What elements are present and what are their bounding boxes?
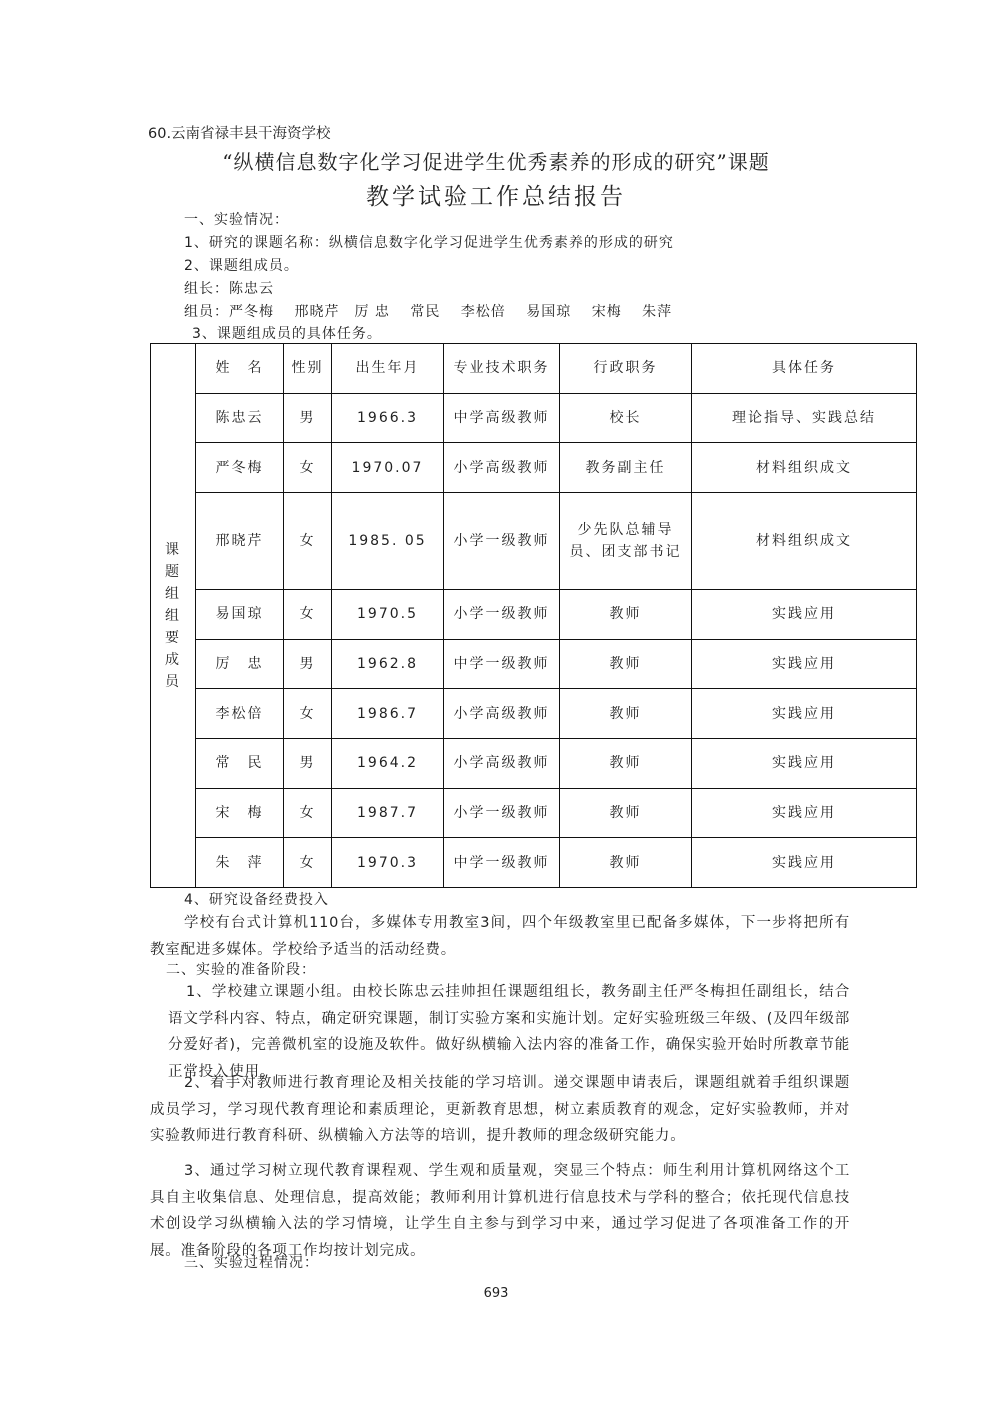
cell-task: 实践应用: [692, 838, 917, 888]
cell-name: 朱 萍: [196, 838, 284, 888]
cell-title: 小学一级教师: [444, 788, 560, 838]
section1-heading: 一、实验情况：: [184, 210, 289, 230]
cell-admin: 教师: [560, 738, 692, 788]
cell-title: 中学一级教师: [444, 838, 560, 888]
cell-birth: 1987.7: [332, 788, 444, 838]
cell-birth: 1966.3: [332, 393, 444, 443]
cell-admin: 教师: [560, 689, 692, 739]
cell-name: 常 民: [196, 738, 284, 788]
cell-gender: 女: [284, 590, 332, 640]
group-members: 组员：严冬梅 邢晓芹 厉 忠 常民 李松倍 易国琼 宋梅 朱萍: [184, 302, 672, 322]
cell-name: 李松倍: [196, 689, 284, 739]
side-char: 员: [155, 671, 191, 693]
cell-birth: 1970.5: [332, 590, 444, 640]
school-label: 60.云南省禄丰县干海资学校: [148, 122, 331, 143]
report-title-line1: “纵横信息数字化学习促进学生优秀素养的形成的研究”课题: [0, 146, 992, 175]
table-row: 严冬梅 女 1970.07 小学高级教师 教务副主任 材料组织成文: [151, 443, 917, 493]
side-char: 组: [155, 605, 191, 627]
cell-name: 易国琼: [196, 590, 284, 640]
table-row: 常 民 男 1964.2 小学高级教师 教师 实践应用: [151, 738, 917, 788]
members-heading: 2、课题组成员。: [184, 256, 299, 276]
cell-name: 邢晓芹: [196, 492, 284, 589]
cell-birth: 1986.7: [332, 689, 444, 739]
header-birth: 出生年月: [332, 344, 444, 394]
header-task: 具体任务: [692, 344, 917, 394]
section2-heading: 二、实验的准备阶段：: [166, 960, 316, 980]
cell-admin: 教师: [560, 590, 692, 640]
cell-gender: 男: [284, 393, 332, 443]
section3-heading: 三、实验过程情况：: [184, 1253, 319, 1273]
side-char: 成: [155, 649, 191, 671]
side-char: 组: [155, 583, 191, 605]
table-row: 宋 梅 女 1987.7 小学一级教师 教师 实践应用: [151, 788, 917, 838]
cell-admin: 教师: [560, 788, 692, 838]
cell-admin: 教务副主任: [560, 443, 692, 493]
members-table: 课 题 组 组 要 成 员 姓 名 性别 出生年月 专业技术职务 行政职务 具体…: [150, 343, 917, 888]
cell-gender: 男: [284, 639, 332, 689]
cell-task: 实践应用: [692, 590, 917, 640]
table-row: 陈忠云 男 1966.3 中学高级教师 校长 理论指导、实践总结: [151, 393, 917, 443]
cell-name: 陈忠云: [196, 393, 284, 443]
cell-name: 严冬梅: [196, 443, 284, 493]
cell-title: 小学高级教师: [444, 738, 560, 788]
side-char: 题: [155, 561, 191, 583]
cell-task: 实践应用: [692, 689, 917, 739]
cell-name: 宋 梅: [196, 788, 284, 838]
cell-birth: 1970.07: [332, 443, 444, 493]
cell-title: 小学一级教师: [444, 590, 560, 640]
side-char: 要: [155, 627, 191, 649]
table-row: 厉 忠 男 1962.8 中学一级教师 教师 实践应用: [151, 639, 917, 689]
cell-birth: 1970.3: [332, 838, 444, 888]
cell-gender: 女: [284, 788, 332, 838]
report-title-line2: 教学试验工作总结报告: [0, 178, 992, 211]
header-gender: 性别: [284, 344, 332, 394]
cell-gender: 女: [284, 443, 332, 493]
equipment-paragraph: 学校有台式计算机110台，多媒体专用教室3间，四个年级教室里已配备多媒体，下一步…: [150, 910, 850, 963]
cell-admin: 少先队总辅导员、团支部书记: [560, 492, 692, 589]
equipment-heading: 4、研究设备经费投入: [184, 890, 329, 910]
topic-name: 1、研究的课题名称：纵横信息数字化学习促进学生优秀素养的形成的研究: [184, 233, 674, 253]
cell-task: 材料组织成文: [692, 443, 917, 493]
cell-gender: 男: [284, 738, 332, 788]
cell-task: 实践应用: [692, 738, 917, 788]
cell-name: 厉 忠: [196, 639, 284, 689]
cell-title: 小学高级教师: [444, 443, 560, 493]
cell-birth: 1964.2: [332, 738, 444, 788]
cell-title: 中学高级教师: [444, 393, 560, 443]
prep-paragraph-2: 2、着手对教师进行教育理论及相关技能的学习培训。递交课题申请表后，课题组就着手组…: [150, 1070, 850, 1150]
tasks-heading: 3、课题组成员的具体任务。: [192, 324, 382, 344]
side-label-cell: 课 题 组 组 要 成 员: [151, 344, 196, 888]
group-leader: 组长：陈忠云: [184, 279, 274, 299]
cell-admin: 教师: [560, 639, 692, 689]
cell-title: 小学高级教师: [444, 689, 560, 739]
cell-task: 材料组织成文: [692, 492, 917, 589]
cell-gender: 女: [284, 838, 332, 888]
page-number: 693: [0, 1286, 992, 1301]
table-header-row: 课 题 组 组 要 成 员 姓 名 性别 出生年月 专业技术职务 行政职务 具体…: [151, 344, 917, 394]
cell-task: 实践应用: [692, 788, 917, 838]
header-admin: 行政职务: [560, 344, 692, 394]
header-title: 专业技术职务: [444, 344, 560, 394]
table-row: 李松倍 女 1986.7 小学高级教师 教师 实践应用: [151, 689, 917, 739]
cell-gender: 女: [284, 689, 332, 739]
table-row: 邢晓芹 女 1985. 05 小学一级教师 少先队总辅导员、团支部书记 材料组织…: [151, 492, 917, 589]
cell-title: 中学一级教师: [444, 639, 560, 689]
cell-title: 小学一级教师: [444, 492, 560, 589]
side-char: 课: [155, 539, 191, 561]
cell-birth: 1962.8: [332, 639, 444, 689]
prep-paragraph-3: 3、通过学习树立现代教育课程观、学生观和质量观，突显三个特点：师生利用计算机网络…: [150, 1158, 850, 1264]
table-row: 易国琼 女 1970.5 小学一级教师 教师 实践应用: [151, 590, 917, 640]
cell-birth: 1985. 05: [332, 492, 444, 589]
cell-admin: 校长: [560, 393, 692, 443]
table-row: 朱 萍 女 1970.3 中学一级教师 教师 实践应用: [151, 838, 917, 888]
header-name: 姓 名: [196, 344, 284, 394]
cell-task: 理论指导、实践总结: [692, 393, 917, 443]
cell-task: 实践应用: [692, 639, 917, 689]
cell-admin: 教师: [560, 838, 692, 888]
cell-gender: 女: [284, 492, 332, 589]
